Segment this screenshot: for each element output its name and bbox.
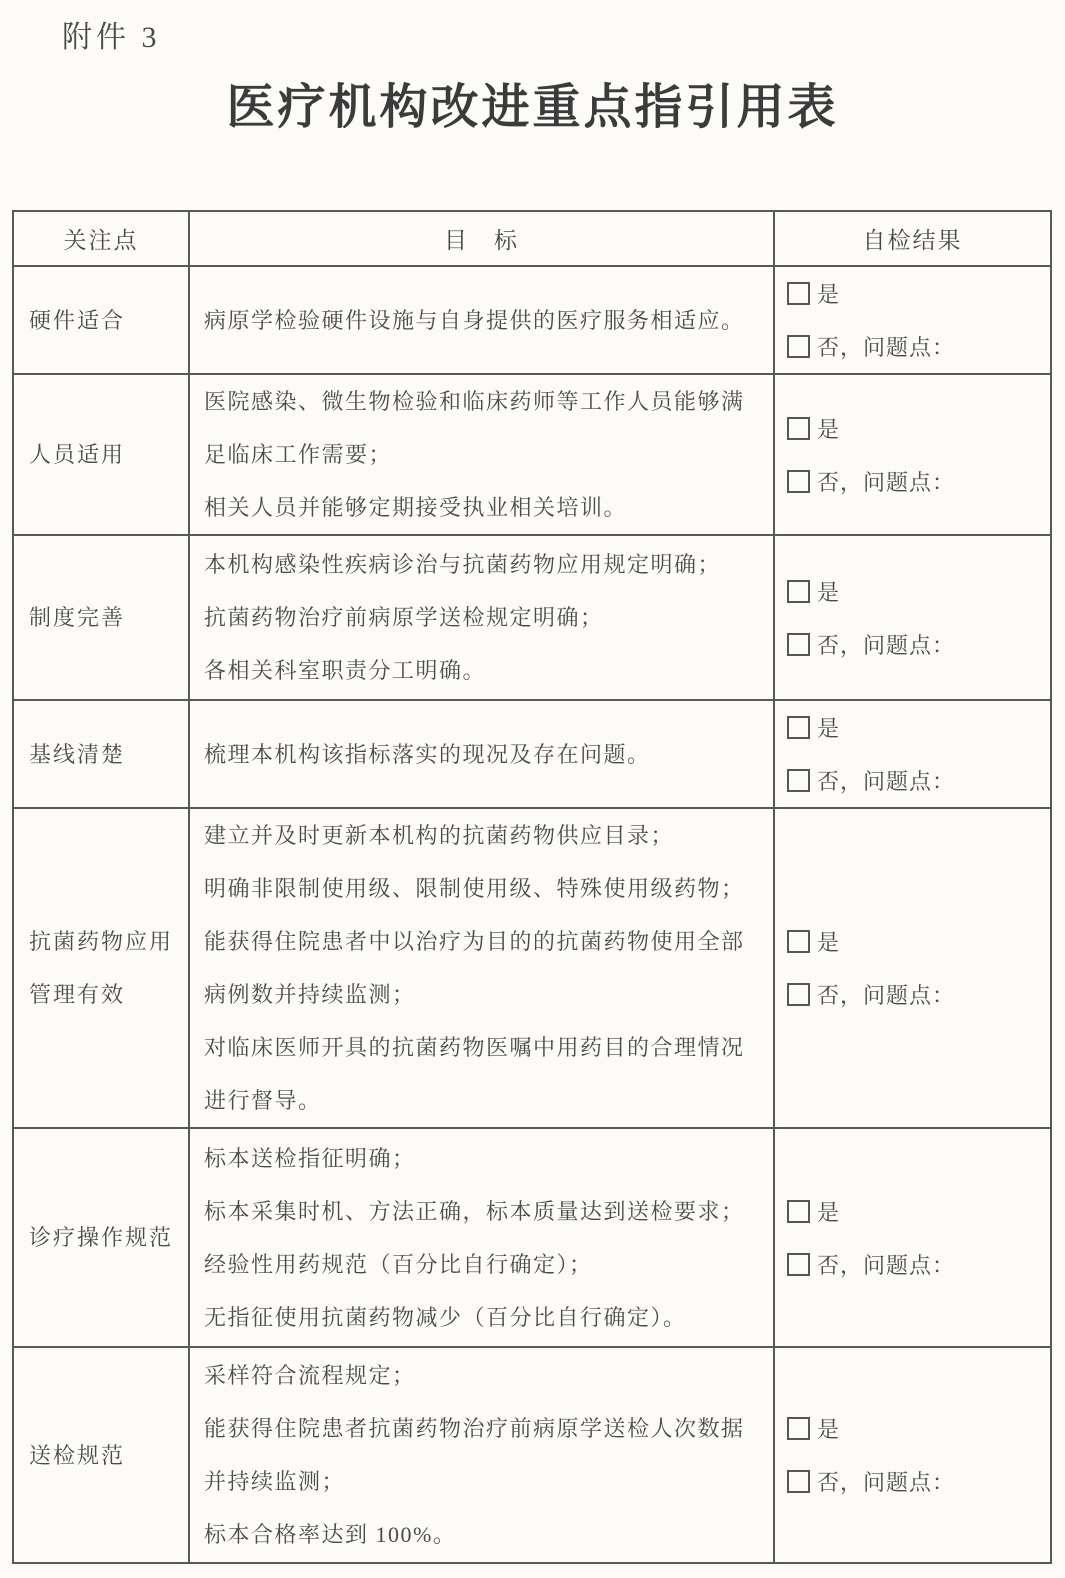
table-row: 基线清楚梳理本机构该指标落实的现况及存在问题。是否，问题点： [13, 700, 1051, 808]
table-row: 制度完善本机构感染性疾病诊治与抗菌药物应用规定明确；抗菌药物治疗前病原学送检规定… [13, 535, 1051, 700]
target-item: 梳理本机构该指标落实的现况及存在问题。 [204, 728, 759, 781]
result-option-label: 是 [817, 926, 840, 957]
table-row: 硬件适合病原学检验硬件设施与自身提供的医疗服务相适应。是否，问题点： [13, 266, 1051, 374]
checkbox-yes[interactable] [787, 1200, 810, 1223]
result-option-label: 否，问题点： [817, 979, 955, 1010]
target-item: 病原学检验硬件设施与自身提供的医疗服务相适应。 [204, 294, 759, 347]
focus-label: 抗菌药物应用管理有效 [29, 915, 180, 1021]
result-cell: 是否，问题点： [774, 374, 1051, 535]
result-option-yes: 是 [787, 1185, 1044, 1238]
checkbox-no[interactable] [787, 1470, 810, 1493]
result-cell: 是否，问题点： [774, 1128, 1051, 1347]
target-item: 医院感染、微生物检验和临床药师等工作人员能够满足临床工作需要； [204, 375, 759, 481]
attachment-label: 附件 3 [62, 12, 161, 56]
result-option-label: 是 [817, 278, 840, 309]
checkbox-no[interactable] [787, 983, 810, 1006]
page-title: 医疗机构改进重点指引用表 [0, 68, 1065, 137]
checkbox-no[interactable] [787, 769, 810, 792]
result-option-label: 是 [817, 413, 840, 444]
target-cell: 建立并及时更新本机构的抗菌药物供应目录；明确非限制使用级、限制使用级、特殊使用级… [189, 808, 774, 1128]
target-item: 能获得住院患者抗菌药物治疗前病原学送检人次数据并持续监测； [204, 1402, 759, 1508]
target-cell: 本机构感染性疾病诊治与抗菌药物应用规定明确；抗菌药物治疗前病原学送检规定明确；各… [189, 535, 774, 700]
target-cell: 梳理本机构该指标落实的现况及存在问题。 [189, 700, 774, 808]
result-option-no: 否，问题点： [787, 618, 1044, 671]
focus-cell: 基线清楚 [13, 700, 189, 808]
focus-label: 送检规范 [29, 1429, 180, 1482]
result-option-no: 否，问题点： [787, 754, 1044, 807]
result-option-yes: 是 [787, 565, 1044, 618]
focus-cell: 送检规范 [13, 1347, 189, 1563]
checkbox-yes[interactable] [787, 282, 810, 305]
focus-cell: 抗菌药物应用管理有效 [13, 808, 189, 1128]
scanned-document-page: 附件 3 医疗机构改进重点指引用表 关注点 目 标 自检结果 硬件适合病原学检验… [0, 0, 1065, 1578]
focus-cell: 人员适用 [13, 374, 189, 535]
result-option-label: 是 [817, 1413, 840, 1444]
result-option-label: 否，问题点： [817, 466, 955, 497]
focus-label: 诊疗操作规范 [29, 1211, 180, 1264]
guidance-table: 关注点 目 标 自检结果 硬件适合病原学检验硬件设施与自身提供的医疗服务相适应。… [12, 210, 1052, 1564]
table-row: 送检规范采样符合流程规定；能获得住院患者抗菌药物治疗前病原学送检人次数据并持续监… [13, 1347, 1051, 1563]
target-item: 采样符合流程规定； [204, 1349, 759, 1402]
result-cell: 是否，问题点： [774, 535, 1051, 700]
result-cell: 是否，问题点： [774, 266, 1051, 374]
result-option-no: 否，问题点： [787, 1238, 1044, 1291]
result-option-no: 否，问题点： [787, 1455, 1044, 1508]
result-option-label: 是 [817, 1196, 840, 1227]
checkbox-yes[interactable] [787, 580, 810, 603]
result-option-no: 否，问题点： [787, 320, 1044, 373]
result-cell: 是否，问题点： [774, 1347, 1051, 1563]
focus-label: 制度完善 [29, 591, 180, 644]
result-option-no: 否，问题点： [787, 455, 1044, 508]
result-option-label: 否，问题点： [817, 1466, 955, 1497]
focus-label: 人员适用 [29, 428, 180, 481]
result-option-label: 是 [817, 712, 840, 743]
target-cell: 病原学检验硬件设施与自身提供的医疗服务相适应。 [189, 266, 774, 374]
target-item: 相关人员并能够定期接受执业相关培训。 [204, 481, 759, 534]
target-cell: 采样符合流程规定；能获得住院患者抗菌药物治疗前病原学送检人次数据并持续监测；标本… [189, 1347, 774, 1563]
result-option-label: 否，问题点： [817, 629, 955, 660]
target-cell: 标本送检指征明确；标本采集时机、方法正确，标本质量达到送检要求；经验性用药规范（… [189, 1128, 774, 1347]
table-row: 抗菌药物应用管理有效建立并及时更新本机构的抗菌药物供应目录；明确非限制使用级、限… [13, 808, 1051, 1128]
column-header-target: 目 标 [189, 211, 774, 266]
checkbox-no[interactable] [787, 1253, 810, 1276]
target-item: 本机构感染性疾病诊治与抗菌药物应用规定明确； [204, 538, 759, 591]
focus-label: 硬件适合 [29, 294, 180, 347]
column-header-result: 自检结果 [774, 211, 1051, 266]
result-cell: 是否，问题点： [774, 808, 1051, 1128]
table-row: 诊疗操作规范标本送检指征明确；标本采集时机、方法正确，标本质量达到送检要求；经验… [13, 1128, 1051, 1347]
target-item: 明确非限制使用级、限制使用级、特殊使用级药物； [204, 862, 759, 915]
result-option-yes: 是 [787, 1402, 1044, 1455]
focus-label: 基线清楚 [29, 728, 180, 781]
target-cell: 医院感染、微生物检验和临床药师等工作人员能够满足临床工作需要；相关人员并能够定期… [189, 374, 774, 535]
table-header-row: 关注点 目 标 自检结果 [13, 211, 1051, 266]
result-option-yes: 是 [787, 915, 1044, 968]
focus-cell: 硬件适合 [13, 266, 189, 374]
result-option-yes: 是 [787, 701, 1044, 754]
table-row: 人员适用医院感染、微生物检验和临床药师等工作人员能够满足临床工作需要；相关人员并… [13, 374, 1051, 535]
checkbox-yes[interactable] [787, 417, 810, 440]
result-option-label: 是 [817, 576, 840, 607]
target-item: 能获得住院患者中以治疗为目的的抗菌药物使用全部病例数并持续监测； [204, 915, 759, 1021]
result-option-yes: 是 [787, 402, 1044, 455]
result-option-label: 否，问题点： [817, 1249, 955, 1280]
target-item: 建立并及时更新本机构的抗菌药物供应目录； [204, 809, 759, 862]
target-item: 标本送检指征明确； [204, 1132, 759, 1185]
target-item: 标本合格率达到 100%。 [204, 1508, 759, 1561]
checkbox-no[interactable] [787, 633, 810, 656]
checkbox-no[interactable] [787, 335, 810, 358]
checkbox-yes[interactable] [787, 930, 810, 953]
result-option-no: 否，问题点： [787, 968, 1044, 1021]
result-option-label: 否，问题点： [817, 765, 955, 796]
target-item: 标本采集时机、方法正确，标本质量达到送检要求； [204, 1185, 759, 1238]
result-option-yes: 是 [787, 267, 1044, 320]
target-item: 无指征使用抗菌药物减少（百分比自行确定）。 [204, 1291, 759, 1344]
checkbox-yes[interactable] [787, 1417, 810, 1440]
target-item: 各相关科室职责分工明确。 [204, 644, 759, 697]
result-option-label: 否，问题点： [817, 331, 955, 362]
column-header-focus: 关注点 [13, 211, 189, 266]
target-item: 对临床医师开具的抗菌药物医嘱中用药目的合理情况进行督导。 [204, 1021, 759, 1127]
target-item: 经验性用药规范（百分比自行确定）； [204, 1238, 759, 1291]
focus-cell: 诊疗操作规范 [13, 1128, 189, 1347]
checkbox-yes[interactable] [787, 716, 810, 739]
result-cell: 是否，问题点： [774, 700, 1051, 808]
checkbox-no[interactable] [787, 470, 810, 493]
target-item: 抗菌药物治疗前病原学送检规定明确； [204, 591, 759, 644]
focus-cell: 制度完善 [13, 535, 189, 700]
